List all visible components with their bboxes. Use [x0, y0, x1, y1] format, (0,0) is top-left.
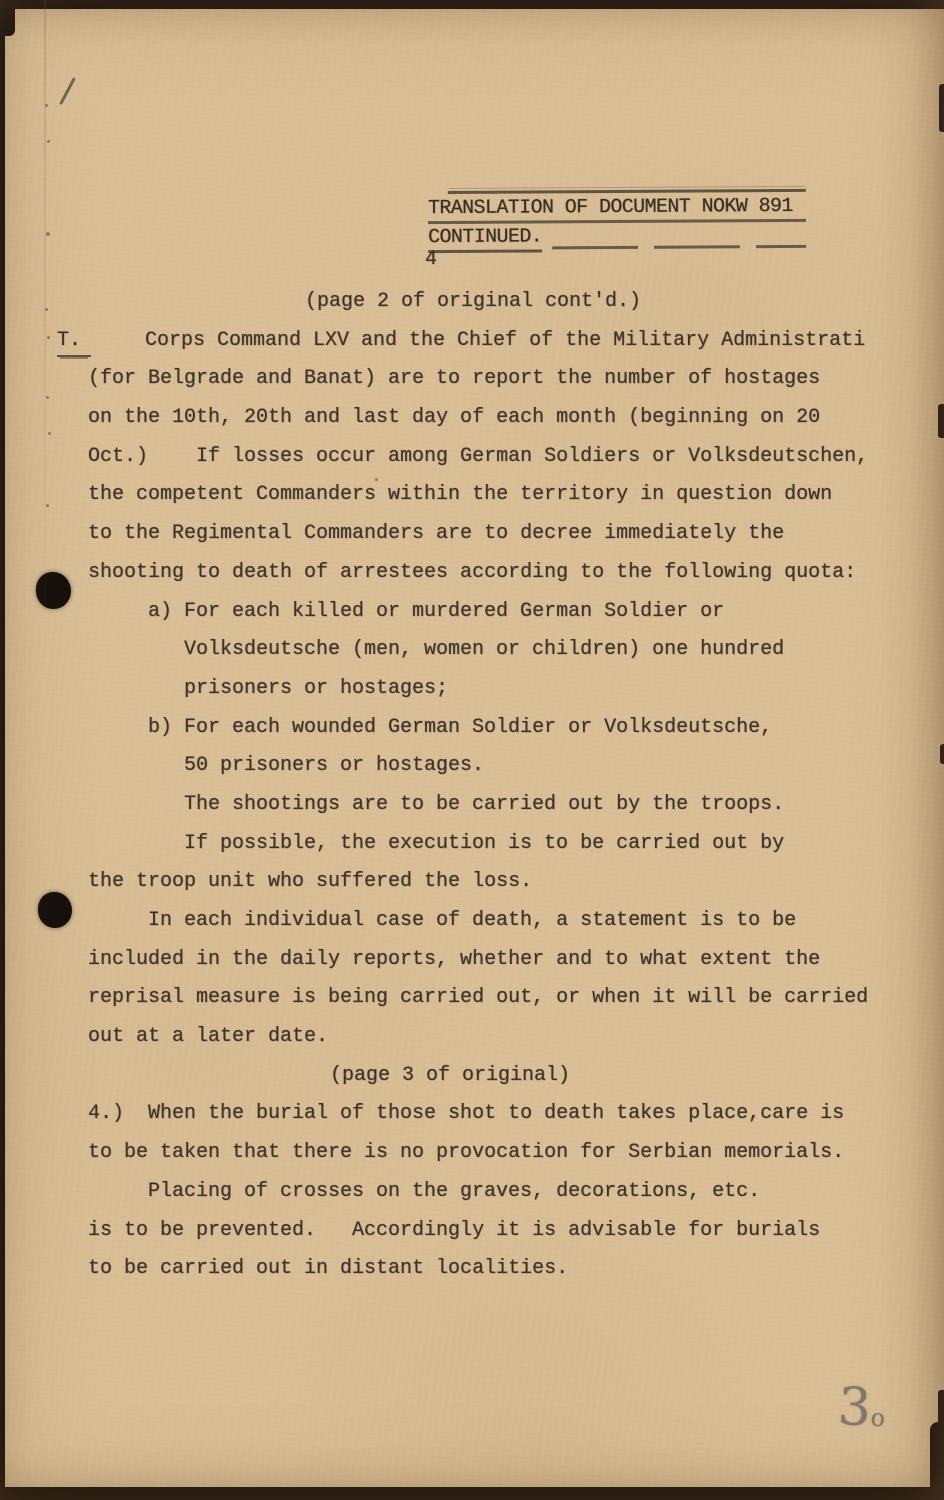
scan-edge-left	[0, 0, 5, 1500]
text-line: reprisal measure is being carried out, o…	[0, 979, 944, 1018]
document-page: TRANSLATION OF DOCUMENT NOKW 891 CONTINU…	[0, 0, 944, 1500]
stamp-underline-rule	[552, 245, 806, 250]
translation-stamp: TRANSLATION OF DOCUMENT NOKW 891 CONTINU…	[428, 189, 806, 253]
stamp-second-row: CONTINUED.	[428, 222, 806, 253]
handwritten-number: 3o	[836, 1377, 887, 1439]
text-line: Placing of crosses on the graves, decora…	[0, 1173, 944, 1212]
text-line: T.Corps Command LXV and the Chief of the…	[0, 322, 944, 361]
text-line: the competent Commanders within the terr…	[0, 476, 944, 515]
text-line: b) For each wounded German Soldier or Vo…	[0, 709, 944, 748]
scan-edge-mark	[938, 404, 944, 438]
text-line: Oct.) If losses occur among German Soldi…	[0, 438, 944, 477]
paper-speck	[45, 308, 48, 311]
paper-crease	[44, 0, 46, 660]
text-line: out at a later date.	[0, 1018, 944, 1057]
stamp-title: TRANSLATION OF DOCUMENT NOKW 891	[428, 192, 806, 224]
paper-speck	[46, 232, 50, 236]
scan-edge-mark	[939, 84, 944, 132]
scan-edge-bottom	[0, 1487, 944, 1500]
scan-edge-mark	[938, 1390, 944, 1490]
paper-speck	[46, 504, 49, 507]
text-line: to be taken that there is no provocation…	[0, 1134, 944, 1173]
hole-punch	[38, 892, 72, 928]
text-line: 50 prisoners or hostages.	[0, 747, 944, 786]
text-line: Volksdeutsche (men, women or children) o…	[0, 631, 944, 670]
text-line: a) For each killed or murdered German So…	[0, 593, 944, 632]
margin-label: T.	[57, 327, 91, 357]
text-line: The shootings are to be carried out by t…	[0, 786, 944, 825]
scan-edge-top	[0, 0, 944, 9]
pencil-mark	[59, 77, 75, 105]
scan-corner-top-left	[0, 0, 15, 36]
paper-speck	[48, 432, 51, 435]
paper-speck	[375, 478, 378, 481]
text-line: included in the daily reports, whether a…	[0, 941, 944, 980]
text-line-content: Corps Command LXV and the Chief of the M…	[145, 329, 865, 352]
stamp-continued-label: CONTINUED.	[428, 224, 542, 253]
text-line: to the Regimental Commanders are to decr…	[0, 515, 944, 554]
text-line: If possible, the execution is to be carr…	[0, 825, 944, 864]
hole-punch	[36, 572, 71, 609]
text-line: In each individual case of death, a stat…	[0, 902, 944, 941]
text-line: (page 3 of original)	[0, 1057, 944, 1096]
text-line: on the 10th, 20th and last day of each m…	[0, 399, 944, 438]
text-line: shooting to death of arrestees according…	[0, 554, 944, 593]
page-number: 4	[425, 248, 437, 271]
text-line: (for Belgrade and Banat) are to report t…	[0, 360, 944, 399]
text-line: prisoners or hostages;	[0, 670, 944, 709]
scan-edge-mark	[940, 744, 944, 764]
text-line: is to be prevented. Accordingly it is ad…	[0, 1212, 944, 1251]
text-line: to be carried out in distant localities.	[0, 1250, 944, 1289]
paper-speck	[45, 104, 48, 107]
paper-speck	[46, 396, 49, 399]
text-line: (page 2 of original cont'd.)	[0, 283, 944, 322]
body-text: (page 2 of original cont'd.)T.Corps Comm…	[0, 283, 944, 1289]
text-line: the troop unit who suffered the loss.	[0, 863, 944, 902]
text-line: 4.) When the burial of those shot to dea…	[0, 1095, 944, 1134]
paper-speck	[47, 140, 50, 143]
paper-speck	[47, 336, 50, 339]
